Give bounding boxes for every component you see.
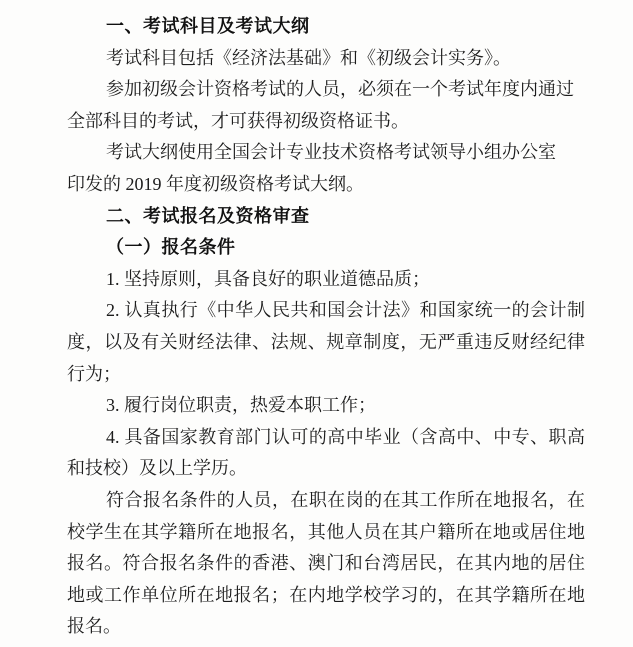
document-body: 一、考试科目及考试大纲 考试科目包括《经济法基础》和《初级会计实务》。 参加初级… (0, 0, 633, 647)
line-text: 全部科目的考试，才可获得初级资格证书。 (67, 111, 409, 131)
document-line: 3. 履行岗位职责，热爱本职工作； (67, 390, 585, 422)
document-line: 2. 认真执行《中华人民共和国会计法》和国家统一的会计制 (67, 295, 585, 327)
line-text: 考试科目包括《经济法基础》和《初级会计实务》。 (106, 48, 511, 68)
line-text: 报名。符合报名条件的香港、澳门和台湾居民，在其内地的居住 (67, 553, 585, 573)
document-line: 报名。符合报名条件的香港、澳门和台湾居民，在其内地的居住 (67, 548, 585, 580)
document-line: 4. 具备国家教育部门认可的高中毕业（含高中、中专、职高 (67, 422, 585, 454)
document-line: 全部科目的考试，才可获得初级资格证书。 (67, 106, 585, 138)
document-line: 校学生在其学籍所在地报名，其他人员在其户籍所在地或居住地 (67, 517, 585, 549)
document-line: 地或工作单位所在地报名；在内地学校学习的，在其学籍所在地 (67, 580, 585, 612)
document-line: （一）报名条件 (67, 232, 585, 264)
line-text: 地或工作单位所在地报名；在内地学校学习的，在其学籍所在地 (67, 585, 585, 605)
line-text: 二、考试报名及资格审查 (106, 206, 310, 227)
document-line: 参加初级会计资格考试的人员，必须在一个考试年度内通过 (67, 74, 585, 106)
line-text: 4. 具备国家教育部门认可的高中毕业（含高中、中专、职高 (106, 427, 585, 447)
document-line: 二、考试报名及资格审查 (67, 201, 585, 233)
line-text: 行为； (67, 364, 121, 384)
line-text: 考试大纲使用全国会计专业技术资格考试领导小组办公室 (106, 142, 556, 162)
line-text: 参加初级会计资格考试的人员，必须在一个考试年度内通过 (106, 79, 574, 99)
document-line: 和技校）及以上学历。 (67, 453, 585, 485)
line-text: 校学生在其学籍所在地报名，其他人员在其户籍所在地或居住地 (67, 522, 585, 542)
line-text: 和技校）及以上学历。 (67, 458, 247, 478)
document-line: 一、考试科目及考试大纲 (67, 11, 585, 43)
line-text: 印发的 2019 年度初级资格考试大纲。 (67, 174, 364, 194)
document-page: 一、考试科目及考试大纲 考试科目包括《经济法基础》和《初级会计实务》。 参加初级… (0, 0, 633, 647)
document-line: 考试科目包括《经济法基础》和《初级会计实务》。 (67, 43, 585, 75)
document-line: 1. 坚持原则，具备良好的职业道德品质； (67, 264, 585, 296)
document-line: 考试大纲使用全国会计专业技术资格考试领导小组办公室 (67, 137, 585, 169)
line-text: 3. 履行岗位职责，热爱本职工作； (106, 395, 376, 415)
line-text: 2. 认真执行《中华人民共和国会计法》和国家统一的会计制 (106, 300, 585, 320)
line-text: 一、考试科目及考试大纲 (106, 16, 310, 37)
line-text: 报名。 (67, 616, 121, 636)
document-line: 行为； (67, 359, 585, 391)
document-line: 报名。 (67, 611, 585, 643)
document-line: 度，以及有关财经法律、法规、规章制度，无严重违反财经纪律 (67, 327, 585, 359)
document-line: 符合报名条件的人员，在职在岗的在其工作所在地报名，在 (67, 485, 585, 517)
document-line: 印发的 2019 年度初级资格考试大纲。 (67, 169, 585, 201)
line-text: 符合报名条件的人员，在职在岗的在其工作所在地报名，在 (106, 490, 585, 510)
line-text: （一）报名条件 (106, 237, 236, 258)
line-text: 1. 坚持原则，具备良好的职业道德品质； (106, 269, 430, 289)
line-text: 度，以及有关财经法律、法规、规章制度，无严重违反财经纪律 (67, 332, 585, 352)
